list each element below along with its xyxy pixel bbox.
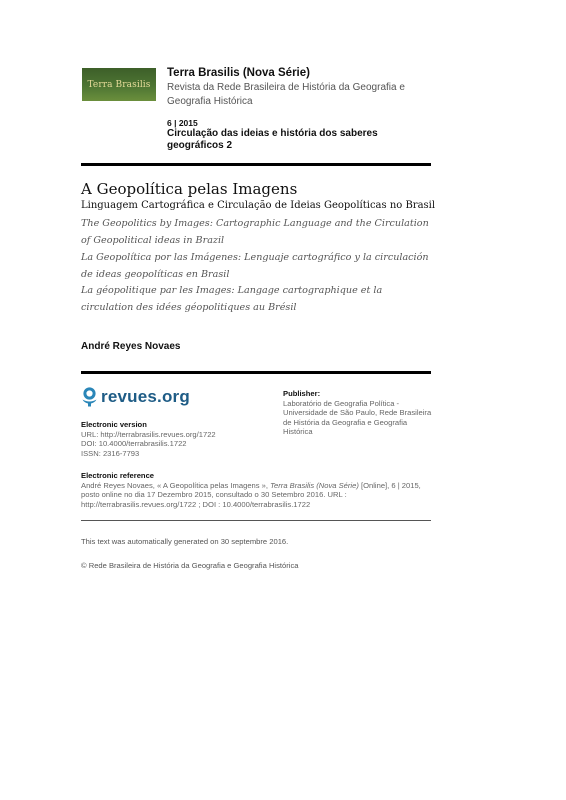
electronic-reference-label: Electronic reference (81, 471, 433, 481)
electronic-version-doi[interactable]: DOI: 10.4000/terrabrasilis.1722 (81, 439, 281, 449)
journal-title: Terra Brasilis (Nova Série) (167, 66, 437, 80)
electronic-version-issn: ISSN: 2316-7793 (81, 449, 281, 459)
publisher-label: Publisher: (283, 389, 433, 399)
journal-logo-text: Terra Brasilis (87, 80, 150, 90)
reference-journal: Terra Brasilis (Nova Série) (270, 481, 359, 490)
reference-part-1: André Reyes Novaes, « A Geopolítica pela… (81, 481, 270, 490)
reference-divider (81, 520, 431, 521)
alt-title-en: The Geopolitics by Images: Cartographic … (81, 216, 436, 249)
article-title: A Geopolítica pelas Imagens (81, 180, 436, 198)
header-divider (81, 163, 431, 166)
journal-subtitle: Revista da Rede Brasileira de História d… (167, 81, 437, 108)
issue-number: 6 | 2015 (167, 118, 427, 128)
journal-header: Terra Brasilis (Nova Série) Revista da R… (167, 66, 437, 108)
publisher-text: Laboratório de Geografia Política - Univ… (283, 399, 433, 437)
publisher-block: Publisher: Laboratório de Geografia Polí… (283, 389, 433, 437)
journal-logo: Terra Brasilis (82, 68, 156, 101)
author-divider (81, 371, 431, 374)
alt-title-es: La Geopolítica por las Imágenes: Lenguaj… (81, 250, 436, 283)
issue-info: 6 | 2015 Circulação das ideias e históri… (167, 118, 427, 151)
issue-title: Circulação das ideias e história dos sab… (167, 128, 427, 151)
revues-logo-text: revues.org (101, 387, 190, 407)
generation-note: This text was automatically generated on… (81, 537, 288, 546)
revues-logo[interactable]: revues.org (81, 387, 190, 407)
article-author: André Reyes Novaes (81, 341, 181, 352)
alt-title-fr: La géopolitique par les Images: Langage … (81, 283, 436, 316)
revues-person-icon (81, 387, 98, 407)
electronic-version-url[interactable]: URL: http://terrabrasilis.revues.org/172… (81, 430, 281, 440)
electronic-version: Electronic version URL: http://terrabras… (81, 420, 281, 458)
electronic-reference: Electronic reference André Reyes Novaes,… (81, 471, 433, 509)
copyright-note: © Rede Brasileira de História da Geograf… (81, 561, 298, 570)
electronic-version-label: Electronic version (81, 420, 281, 430)
electronic-reference-text: André Reyes Novaes, « A Geopolítica pela… (81, 481, 433, 510)
article-subtitle: Linguagem Cartográfica e Circulação de I… (81, 199, 436, 213)
